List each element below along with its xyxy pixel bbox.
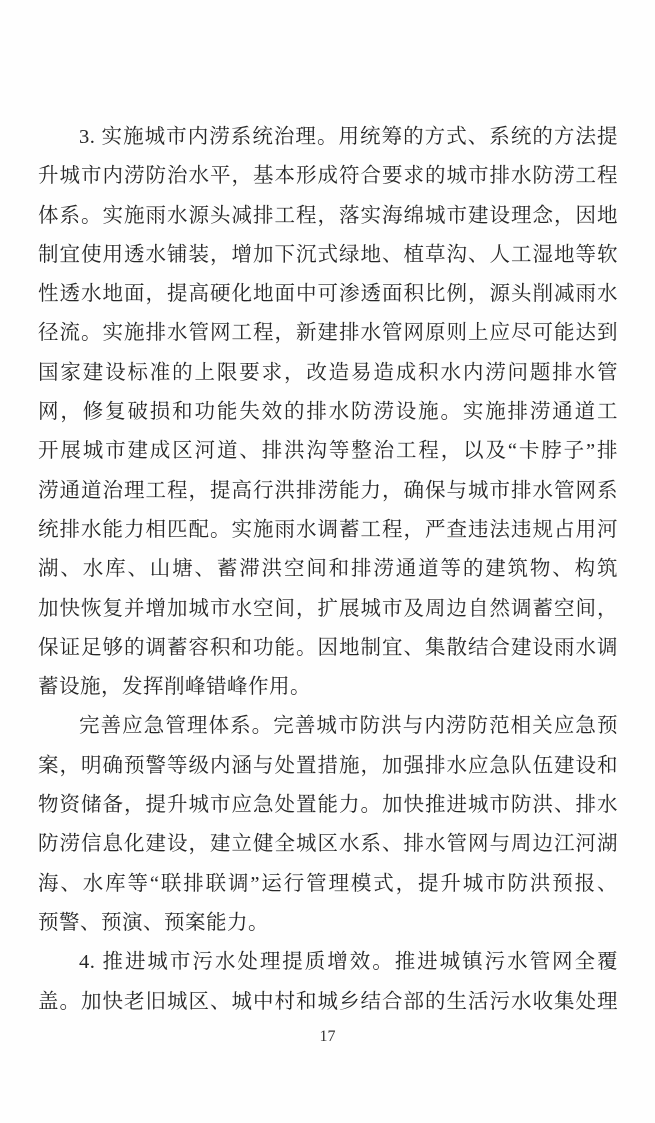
text-line: 预警、预演、预案能力。 (38, 904, 618, 943)
text-line: 案，明确预警等级内涵与处置措施，加强排水应急队伍建设和 (38, 747, 618, 786)
text-line: 涝通道治理工程，提高行洪排涝能力，确保与城市排水管网系 (38, 472, 618, 511)
text-line: 湖、水库、山塘、蓄滞洪空间和排涝通道等的建筑物、构筑物， (38, 550, 618, 589)
text-line: 体系。实施雨水源头减排工程，落实海绵城市建设理念，因地 (38, 197, 618, 236)
text-line: 保证足够的调蓄容积和功能。因地制宜、集散结合建设雨水调 (38, 629, 618, 668)
paragraph-emergency-management: 完善应急管理体系。完善城市防洪与内涝防范相关应急预 案，明确预警等级内涵与处置措… (38, 707, 618, 943)
text-line: 加快恢复并增加城市水空间，扩展城市及周边自然调蓄空间， (38, 590, 618, 629)
document-page: 3. 实施城市内涝系统治理。用统筹的方式、系统的方法提 升城市内涝防治水平，基本… (0, 0, 655, 1123)
text-line: 蓄设施，发挥削峰错峰作用。 (38, 668, 618, 707)
text-line: 统排水能力相匹配。实施雨水调蓄工程，严查违法违规占用河 (38, 511, 618, 550)
text-line: 4. 推进城市污水处理提质增效。推进城镇污水管网全覆 (38, 943, 618, 982)
text-line: 防涝信息化建设，建立健全城区水系、排水管网与周边江河湖 (38, 825, 618, 864)
text-line: 制宜使用透水铺装，增加下沉式绿地、植草沟、人工湿地等软 (38, 236, 618, 275)
text-line: 开展城市建成区河道、排洪沟等整治工程，以及“卡脖子”排 (38, 432, 618, 471)
text-line: 径流。实施排水管网工程，新建排水管网原则上应尽可能达到 (38, 314, 618, 353)
text-line: 国家建设标准的上限要求，改造易造成积水内涝问题排水管 (38, 354, 618, 393)
text-line: 3. 实施城市内涝系统治理。用统筹的方式、系统的方法提 (38, 118, 618, 157)
text-line: 性透水地面，提高硬化地面中可渗透面积比例，源头削减雨水 (38, 275, 618, 314)
text-line: 盖。加快老旧城区、城中村和城乡结合部的生活污水收集处理 (38, 983, 618, 1022)
page-number: 17 (0, 1027, 655, 1047)
paragraph-flood-control: 3. 实施城市内涝系统治理。用统筹的方式、系统的方法提 升城市内涝防治水平，基本… (38, 118, 618, 707)
paragraph-sewage-treatment: 4. 推进城市污水处理提质增效。推进城镇污水管网全覆 盖。加快老旧城区、城中村和… (38, 943, 618, 1022)
text-line: 海、水库等“联排联调”运行管理模式，提升城市防洪预报、 (38, 865, 618, 904)
text-line: 升城市内涝防治水平，基本形成符合要求的城市排水防涝工程 (38, 157, 618, 196)
document-body: 3. 实施城市内涝系统治理。用统筹的方式、系统的方法提 升城市内涝防治水平，基本… (38, 118, 618, 1022)
text-line: 物资储备，提升城市应急处置能力。加快推进城市防洪、排水 (38, 786, 618, 825)
text-line: 网，修复破损和功能失效的排水防涝设施。实施排涝通道工程， (38, 393, 618, 432)
text-line: 完善应急管理体系。完善城市防洪与内涝防范相关应急预 (38, 707, 618, 746)
